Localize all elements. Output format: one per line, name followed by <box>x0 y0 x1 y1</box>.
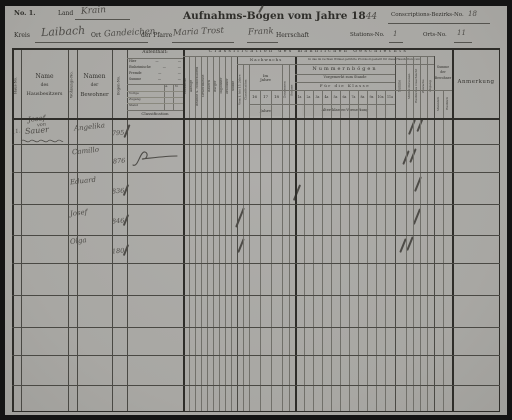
grid-line-horizontal <box>12 48 500 50</box>
nachwuchs-box-label: Im Jahre <box>249 68 282 88</box>
conscription-district-value: 18 <box>468 11 477 18</box>
grid-line-vertical <box>282 64 283 412</box>
vormerkung-heading: Nummernbögen <box>295 65 395 74</box>
grid-line-vertical <box>219 56 220 412</box>
col-header-wohnungs-no: Wohnungs-No. <box>68 56 77 114</box>
fill-line <box>75 19 130 20</box>
orts-no-label: Orts-No. <box>423 33 447 39</box>
grid-line-vertical <box>406 56 407 412</box>
grid-line-horizontal <box>12 295 500 296</box>
grid-line-vertical <box>207 56 208 412</box>
grid-line-vertical <box>237 56 238 412</box>
aufenthalt-sub-row: Zugang <box>129 98 141 101</box>
aufenthalt-sub-n: N. <box>175 85 178 88</box>
form-title-year: 44 <box>366 12 377 22</box>
grid-line-vertical <box>77 48 78 412</box>
conscription-district-label: Conscriptions-Bezirks-No. <box>391 13 464 19</box>
grid-line-vertical <box>225 56 226 412</box>
entry-resident: Eduard <box>70 177 97 187</box>
grid-line-vertical <box>21 48 22 412</box>
aufenthalt-row-label: Summe <box>129 78 141 81</box>
grid-line-vertical <box>443 90 444 412</box>
dash: — <box>158 78 161 81</box>
grid-line-horizontal <box>12 144 500 145</box>
klasse-cell: 10a <box>376 92 385 103</box>
land-value: Krain <box>81 6 107 17</box>
dash: — <box>178 60 181 63</box>
grid-line-vertical <box>367 90 368 412</box>
right-col: Abgang <box>427 58 434 114</box>
grid-line-vertical <box>231 56 232 412</box>
nachwuchs-year: 17 <box>260 92 271 103</box>
grid-line-horizontal <box>127 84 183 85</box>
grid-line-vertical <box>213 56 214 412</box>
aufenthalt-sub-row: Stand <box>129 104 138 107</box>
grid-line-vertical <box>249 64 250 412</box>
kreis-value: Laibach <box>41 25 86 38</box>
grid-line-horizontal <box>12 327 500 328</box>
grid-line-horizontal <box>12 411 500 413</box>
grid-line-horizontal <box>127 103 183 104</box>
vormerkung-klasse-label: Für die Klasse <box>295 83 395 90</box>
grid-line-vertical <box>183 48 185 412</box>
vormerkung-summe-col: Summe <box>395 58 406 114</box>
aufenthalt-title: Aufenthalt: <box>127 49 183 57</box>
grid-line-horizontal <box>127 97 183 98</box>
form-title: Aufnahms-Bogen vom Jahre 1844 <box>183 11 377 22</box>
aufenthalt-row: Summe—— <box>129 78 181 81</box>
grid-line-horizontal <box>127 110 183 111</box>
scanned-photo: No. 1. Land Krain Aufnahms-Bogen vom Jah… <box>0 0 512 420</box>
klasse-cell: 9a <box>367 92 376 103</box>
summe-sub-col: Weiblich <box>443 91 452 116</box>
grid-line-horizontal <box>183 56 434 57</box>
grid-line-vertical <box>452 48 454 412</box>
col-header-line: Hausbesitzers <box>26 92 62 98</box>
nachwuchs-unit: Jahre <box>250 106 281 116</box>
grid-line-horizontal <box>12 355 500 356</box>
summe-box-line: Bewohner <box>435 77 451 81</box>
nachwuchs-year: 18 <box>271 92 282 103</box>
right-col: Weibliches Geschlecht <box>413 58 420 114</box>
summe-box-line: Summe <box>437 66 449 70</box>
grid-line-vertical <box>201 56 202 412</box>
nachwuchs-year: 16 <box>249 92 260 103</box>
grid-line-vertical <box>427 56 428 412</box>
station-no-value: 1 <box>393 31 397 38</box>
flourish-mark <box>130 146 180 170</box>
grid-line-vertical <box>195 56 196 412</box>
aufenthalt-bottom-label: Classification <box>127 110 183 118</box>
entry-resident: Olga <box>70 237 87 246</box>
grid-line-horizontal <box>249 104 395 105</box>
klasse-cell: 8a <box>358 92 367 103</box>
grid-line-vertical <box>260 90 261 412</box>
aufenthalt-row: Einheimische—— <box>129 66 181 69</box>
grid-line-vertical <box>322 90 323 412</box>
form-sheet: No. 1. Land Krain Aufnahms-Bogen vom Jah… <box>5 6 507 415</box>
pfarre-value: Maria Trost <box>173 27 224 38</box>
grid-line-vertical <box>304 90 305 412</box>
right-col: Militär-Personen <box>406 58 413 114</box>
entry-resident: Angelika <box>74 122 106 132</box>
grid-line-vertical <box>349 90 350 412</box>
nachwuchs-title: Nachwuchs <box>237 57 295 64</box>
col-header-line: des <box>41 84 49 89</box>
grid-line-vertical <box>313 90 314 412</box>
aufenthalt-sub-row: Vorige <box>129 92 139 95</box>
anmerkung-header: Anmerkung <box>452 76 500 88</box>
klasse-cell: 2a <box>304 92 313 103</box>
kreis-label: Kreis <box>14 33 30 39</box>
col-header-hausbesitzer: Name des Hausbesitzers <box>21 62 68 110</box>
summe-box-title: Summe der Bewohner <box>434 58 452 88</box>
fill-line <box>247 42 278 43</box>
col-header-bogen-no: Bogen-No. <box>112 56 127 114</box>
dash: — <box>178 78 181 81</box>
entry-sheet-no: 876 <box>113 157 126 165</box>
klasse-cell: 6a <box>340 92 349 103</box>
summe-box-line: der <box>440 71 445 75</box>
fill-line <box>388 23 490 24</box>
dash: — <box>178 66 181 69</box>
station-no-label: Stations-No. <box>350 33 385 39</box>
grid-line-vertical <box>243 64 244 412</box>
grid-line-vertical <box>499 48 501 412</box>
herrschaft-label: Herrschaft <box>276 33 309 39</box>
entry-resident: Camillo <box>72 147 100 157</box>
grid-line-horizontal <box>12 204 500 205</box>
col-header-line: Namen <box>84 74 106 81</box>
grid-line-vertical <box>434 56 435 412</box>
col-header-line: der <box>91 84 99 89</box>
grid-line-horizontal <box>237 64 434 65</box>
entry-resident: Josef <box>70 209 88 218</box>
grid-line-horizontal <box>12 263 500 264</box>
grid-line-horizontal <box>12 385 500 386</box>
ort-label: Ort <box>91 33 101 39</box>
aufenthalt-row: Hier—— <box>129 60 181 63</box>
aufenthalt-row: Fremde—— <box>129 72 181 75</box>
grid-line-vertical <box>420 56 421 412</box>
grid-line-vertical <box>358 90 359 412</box>
grid-line-vertical <box>68 48 69 412</box>
klasse-cell: 7a <box>349 92 358 103</box>
form-table: Haus-No. Name des Hausbesitzers Wohnungs… <box>12 48 500 412</box>
grid-line-vertical <box>271 90 272 412</box>
form-title-text: Aufnahms-Bogen vom Jahre 18 <box>183 10 366 22</box>
vormerkung-subheading: Vorgemerkt zum Stande <box>295 75 395 82</box>
grid-line-vertical <box>340 90 341 412</box>
fill-line <box>102 42 148 43</box>
dash: — <box>163 66 166 69</box>
dash: — <box>178 72 181 75</box>
nachwuchs-box-line: Jahre <box>260 78 271 82</box>
aufenthalt-row-label: Fremde <box>129 72 142 75</box>
fill-line <box>389 42 403 43</box>
grid-line-horizontal <box>249 90 452 91</box>
grid-line-horizontal <box>127 58 183 59</box>
pfarre-label: der Pfarre <box>141 33 172 39</box>
land-label: Land <box>58 11 73 17</box>
grid-line-vertical <box>376 90 377 412</box>
grid-line-vertical <box>112 48 113 412</box>
grid-line-vertical <box>395 56 396 412</box>
col-header-line: Bewohner <box>80 92 108 98</box>
klasse-cell: 4a <box>322 92 331 103</box>
aufenthalt-row-label: Hier <box>129 60 136 63</box>
dash: — <box>155 60 158 63</box>
aufenthalt-row-label: Einheimische <box>129 66 151 69</box>
tally-mark <box>408 119 415 134</box>
grid-line-horizontal <box>295 74 395 75</box>
grid-line-horizontal <box>295 82 395 83</box>
grid-line-horizontal <box>12 172 500 173</box>
grid-line-vertical <box>295 56 297 412</box>
klasse-cell: 5a <box>331 92 340 103</box>
klasse-cell: 3a <box>313 92 322 103</box>
grid-line-vertical <box>189 56 190 412</box>
klasse-cell: 11a <box>385 92 395 103</box>
fill-line <box>454 42 472 43</box>
grid-line-horizontal <box>12 235 500 236</box>
grid-line-vertical <box>289 64 290 412</box>
summe-sub-col: Männlich <box>434 91 443 116</box>
fill-line <box>35 42 107 43</box>
entry-owner-line: Sauer <box>25 126 50 136</box>
right-col: Zuwachs <box>420 58 427 114</box>
grid-line-horizontal <box>12 118 500 120</box>
grid-line-vertical <box>413 56 414 412</box>
col-header-bewohner: Namen der Bewohner <box>77 62 112 110</box>
col-header-line: Name <box>35 74 53 81</box>
grid-line-vertical <box>385 90 386 412</box>
aufenthalt-sub-a: A. <box>165 85 168 88</box>
orts-no-value: 11 <box>457 30 466 37</box>
grid-line-vertical <box>331 90 332 412</box>
grid-line-vertical <box>12 48 14 412</box>
herrschaft-value: Frank <box>248 27 274 37</box>
form-number: No. 1. <box>14 10 35 17</box>
grid-line-horizontal <box>127 91 183 92</box>
fill-line <box>172 42 234 43</box>
dash: — <box>158 72 161 75</box>
